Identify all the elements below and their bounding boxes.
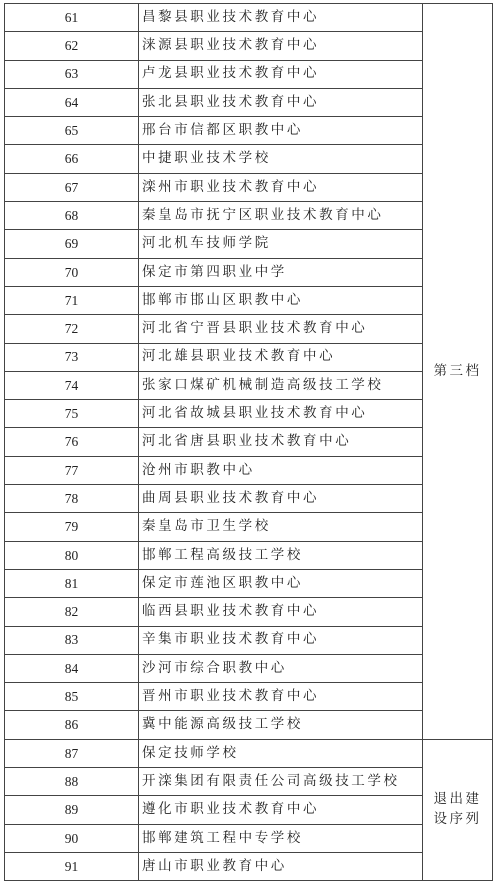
table-row: 80邯郸工程高级技工学校 bbox=[5, 541, 493, 569]
table-row: 69河北机车技师学院 bbox=[5, 230, 493, 258]
school-name-cell: 保定技师学校 bbox=[139, 739, 423, 767]
table-row: 84沙河市综合职教中心 bbox=[5, 654, 493, 682]
table-row: 77沧州市职教中心 bbox=[5, 456, 493, 484]
table-row: 87保定技师学校退出建设序列 bbox=[5, 739, 493, 767]
table-row: 71邯郸市邯山区职教中心 bbox=[5, 286, 493, 314]
row-number-cell: 78 bbox=[5, 485, 139, 513]
table-row: 61昌黎县职业技术教育中心第三档 bbox=[5, 4, 493, 32]
school-name-cell: 唐山市职业教育中心 bbox=[139, 852, 423, 880]
row-number-cell: 67 bbox=[5, 173, 139, 201]
row-number-cell: 66 bbox=[5, 145, 139, 173]
row-number-cell: 85 bbox=[5, 683, 139, 711]
row-number-cell: 75 bbox=[5, 400, 139, 428]
table-row: 89遵化市职业技术教育中心 bbox=[5, 796, 493, 824]
table-row: 62涞源县职业技术教育中心 bbox=[5, 32, 493, 60]
school-name-cell: 张北县职业技术教育中心 bbox=[139, 88, 423, 116]
row-number-cell: 90 bbox=[5, 824, 139, 852]
row-number-cell: 89 bbox=[5, 796, 139, 824]
school-name-cell: 河北雄县职业技术教育中心 bbox=[139, 343, 423, 371]
school-name-cell: 遵化市职业技术教育中心 bbox=[139, 796, 423, 824]
school-name-cell: 张家口煤矿机械制造高级技工学校 bbox=[139, 371, 423, 399]
school-name-cell: 沙河市综合职教中心 bbox=[139, 654, 423, 682]
table-row: 78曲周县职业技术教育中心 bbox=[5, 485, 493, 513]
table-row: 79秦皇岛市卫生学校 bbox=[5, 513, 493, 541]
school-name-cell: 保定市莲池区职教中心 bbox=[139, 569, 423, 597]
table-row: 64张北县职业技术教育中心 bbox=[5, 88, 493, 116]
school-name-cell: 辛集市职业技术教育中心 bbox=[139, 626, 423, 654]
row-number-cell: 68 bbox=[5, 202, 139, 230]
row-number-cell: 63 bbox=[5, 60, 139, 88]
school-name-cell: 河北省故城县职业技术教育中心 bbox=[139, 400, 423, 428]
table-row: 66中捷职业技术学校 bbox=[5, 145, 493, 173]
table-row: 86冀中能源高级技工学校 bbox=[5, 711, 493, 739]
row-number-cell: 83 bbox=[5, 626, 139, 654]
table-row: 76河北省唐县职业技术教育中心 bbox=[5, 428, 493, 456]
row-number-cell: 62 bbox=[5, 32, 139, 60]
table-row: 90邯郸建筑工程中专学校 bbox=[5, 824, 493, 852]
table-row: 72河北省宁晋县职业技术教育中心 bbox=[5, 315, 493, 343]
row-number-cell: 73 bbox=[5, 343, 139, 371]
table-body: 61昌黎县职业技术教育中心第三档62涞源县职业技术教育中心63卢龙县职业技术教育… bbox=[5, 4, 493, 881]
school-name-cell: 开滦集团有限责任公司高级技工学校 bbox=[139, 768, 423, 796]
table-row: 75河北省故城县职业技术教育中心 bbox=[5, 400, 493, 428]
row-number-cell: 87 bbox=[5, 739, 139, 767]
table-row: 68秦皇岛市抚宁区职业技术教育中心 bbox=[5, 202, 493, 230]
school-name-cell: 沧州市职教中心 bbox=[139, 456, 423, 484]
row-number-cell: 72 bbox=[5, 315, 139, 343]
school-name-cell: 保定市第四职业中学 bbox=[139, 258, 423, 286]
school-name-cell: 曲周县职业技术教育中心 bbox=[139, 485, 423, 513]
school-name-cell: 秦皇岛市卫生学校 bbox=[139, 513, 423, 541]
row-number-cell: 86 bbox=[5, 711, 139, 739]
row-number-cell: 70 bbox=[5, 258, 139, 286]
row-number-cell: 77 bbox=[5, 456, 139, 484]
table-row: 85晋州市职业技术教育中心 bbox=[5, 683, 493, 711]
table-row: 67滦州市职业技术教育中心 bbox=[5, 173, 493, 201]
table-row: 88开滦集团有限责任公司高级技工学校 bbox=[5, 768, 493, 796]
school-name-cell: 河北省唐县职业技术教育中心 bbox=[139, 428, 423, 456]
school-name-cell: 滦州市职业技术教育中心 bbox=[139, 173, 423, 201]
school-name-cell: 卢龙县职业技术教育中心 bbox=[139, 60, 423, 88]
table-row: 83辛集市职业技术教育中心 bbox=[5, 626, 493, 654]
row-number-cell: 79 bbox=[5, 513, 139, 541]
school-name-cell: 邯郸工程高级技工学校 bbox=[139, 541, 423, 569]
tier-group-cell: 第三档 bbox=[423, 4, 493, 740]
row-number-cell: 64 bbox=[5, 88, 139, 116]
table-row: 65邢台市信都区职教中心 bbox=[5, 117, 493, 145]
school-name-cell: 河北机车技师学院 bbox=[139, 230, 423, 258]
tier-group-cell: 退出建设序列 bbox=[423, 739, 493, 880]
school-name-cell: 邯郸建筑工程中专学校 bbox=[139, 824, 423, 852]
row-number-cell: 80 bbox=[5, 541, 139, 569]
row-number-cell: 69 bbox=[5, 230, 139, 258]
table-row: 73河北雄县职业技术教育中心 bbox=[5, 343, 493, 371]
row-number-cell: 65 bbox=[5, 117, 139, 145]
table-row: 81保定市莲池区职教中心 bbox=[5, 569, 493, 597]
school-name-cell: 邯郸市邯山区职教中心 bbox=[139, 286, 423, 314]
table-row: 70保定市第四职业中学 bbox=[5, 258, 493, 286]
school-name-cell: 邢台市信都区职教中心 bbox=[139, 117, 423, 145]
school-name-cell: 昌黎县职业技术教育中心 bbox=[139, 4, 423, 32]
row-number-cell: 81 bbox=[5, 569, 139, 597]
row-number-cell: 76 bbox=[5, 428, 139, 456]
table-row: 91唐山市职业教育中心 bbox=[5, 852, 493, 880]
school-name-cell: 中捷职业技术学校 bbox=[139, 145, 423, 173]
table-row: 63卢龙县职业技术教育中心 bbox=[5, 60, 493, 88]
row-number-cell: 84 bbox=[5, 654, 139, 682]
table-row: 74张家口煤矿机械制造高级技工学校 bbox=[5, 371, 493, 399]
row-number-cell: 74 bbox=[5, 371, 139, 399]
row-number-cell: 88 bbox=[5, 768, 139, 796]
row-number-cell: 61 bbox=[5, 4, 139, 32]
row-number-cell: 71 bbox=[5, 286, 139, 314]
school-name-cell: 秦皇岛市抚宁区职业技术教育中心 bbox=[139, 202, 423, 230]
school-name-cell: 涞源县职业技术教育中心 bbox=[139, 32, 423, 60]
school-name-cell: 冀中能源高级技工学校 bbox=[139, 711, 423, 739]
row-number-cell: 91 bbox=[5, 852, 139, 880]
school-name-cell: 河北省宁晋县职业技术教育中心 bbox=[139, 315, 423, 343]
row-number-cell: 82 bbox=[5, 598, 139, 626]
table-row: 82临西县职业技术教育中心 bbox=[5, 598, 493, 626]
school-list-table: 61昌黎县职业技术教育中心第三档62涞源县职业技术教育中心63卢龙县职业技术教育… bbox=[4, 3, 493, 881]
school-name-cell: 临西县职业技术教育中心 bbox=[139, 598, 423, 626]
school-name-cell: 晋州市职业技术教育中心 bbox=[139, 683, 423, 711]
